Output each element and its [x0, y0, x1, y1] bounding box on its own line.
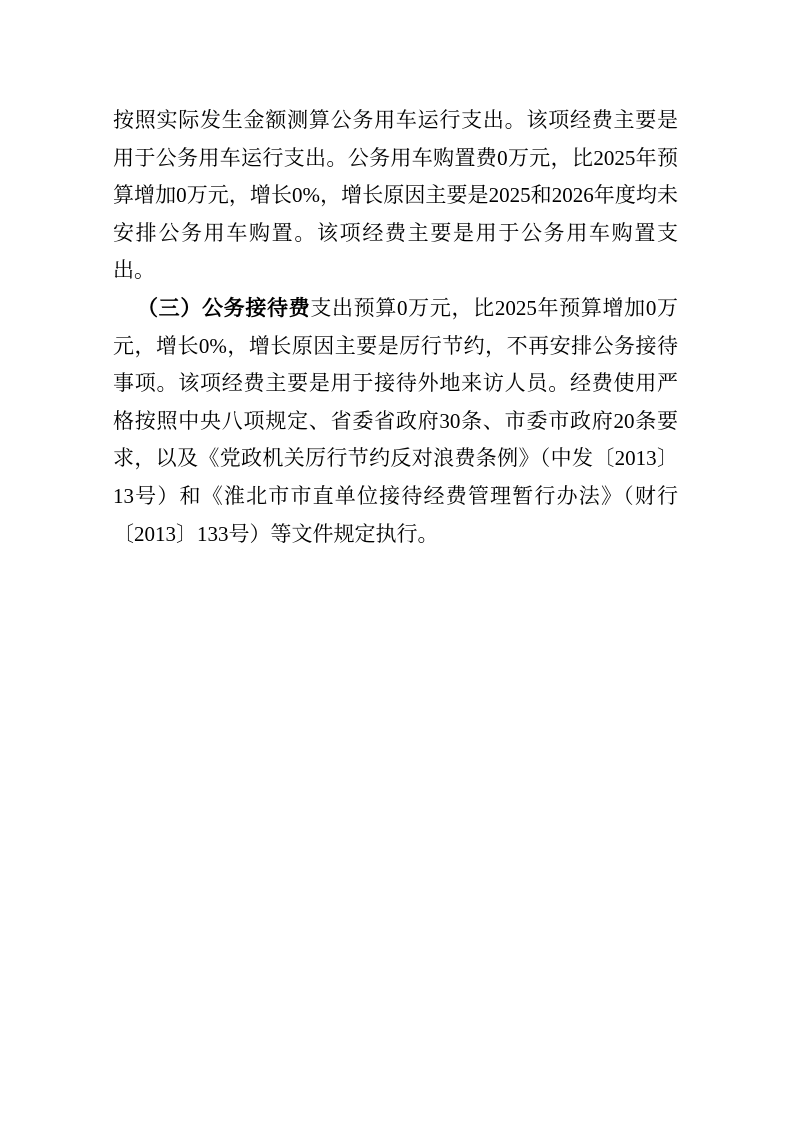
- document-page: 按照实际发生金额测算公务用车运行支出。该项经费主要是用于公务用车运行支出。公务用…: [0, 0, 793, 1122]
- official-vehicle-expense-paragraph: 按照实际发生金额测算公务用车运行支出。该项经费主要是用于公务用车运行支出。公务用…: [113, 102, 678, 290]
- official-reception-fee-heading: （三）公务接待费: [137, 296, 310, 320]
- official-vehicle-expense-text: 按照实际发生金额测算公务用车运行支出。该项经费主要是用于公务用车运行支出。公务用…: [113, 108, 678, 282]
- official-reception-expense-text: 支出预算0万元，比2025年预算增加0万元，增长0%，增长原因主要是厉行节约，不…: [113, 296, 678, 546]
- official-reception-expense-paragraph: （三）公务接待费支出预算0万元，比2025年预算增加0万元，增长0%，增长原因主…: [113, 290, 678, 553]
